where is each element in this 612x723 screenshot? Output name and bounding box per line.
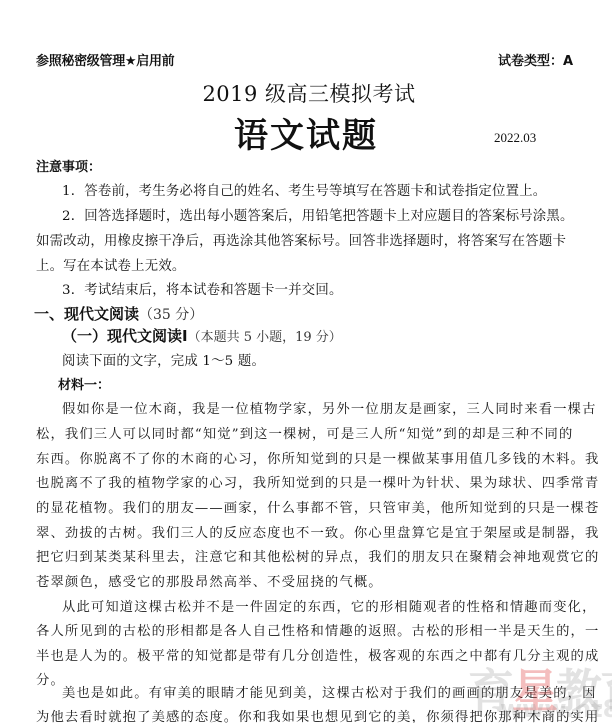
confidential-label: 参照秘密级管理★启用前 — [36, 50, 174, 69]
passage-line-7: 把它归到某类某科里去，注意它和其他松树的异点，我们的朋友只在聚精会神地观赏它的 — [36, 546, 599, 565]
section-heading-1-text: 一、现代文阅读 — [34, 305, 139, 323]
passage-line-8: 苍翠颜色，感受它的那股昂然高举、不受屈挠的气概。 — [36, 571, 383, 590]
passage-line-3: 东西。你脱离不了你的木商的心习，你所知觉到的只是一棵做某事用值几多钱的木料。我 — [36, 448, 599, 467]
passage-line-12: 分。 — [36, 669, 65, 688]
passage-line-9: 从此可知道这棵古松并不是一件固定的东西，它的形相随观者的性格和情趣而变化， — [62, 596, 597, 615]
passage-line-2: 松，我们三人可以同时都“知觉”到这一棵树，可是三人所“知觉”到的却是三种不同的 — [36, 423, 573, 442]
material-label: 材料一： — [58, 374, 110, 393]
notice-line-5: 3．考试结束后，将本试卷和答题卡一并交回。 — [62, 279, 343, 298]
section-heading-1-1-points: （本题共 5 小题，19 分） — [188, 330, 342, 345]
section-heading-1-points: （35 分） — [139, 307, 203, 323]
section-heading-1-1-text: （一）现代文阅读Ⅰ — [62, 327, 188, 345]
exam-date: 2022.03 — [494, 130, 536, 146]
notice-line-4: 上。写在本试卷上无效。 — [36, 255, 186, 274]
section-heading-1: 一、现代文阅读（35 分） — [34, 303, 203, 324]
notice-line-3: 如需改动，用橡皮擦干净后，再选涂其他答案标号。回答非选择题时，将答案写在答题卡 — [36, 230, 566, 249]
section-heading-1-1: （一）现代文阅读Ⅰ（本题共 5 小题，19 分） — [62, 325, 342, 346]
passage-line-14: 为他去看时就抱了美感的态度。你和我如果也想见到它的美，你须得把你那种木商的实用 — [36, 706, 599, 723]
passage-line-4: 也脱离不了我的植物学家的心习，我所知觉到的只是一棵叶为针状、果为球状、四季常青 — [36, 472, 599, 491]
passage-line-10: 各人所见到的古松的形相都是各人自己性格和情趣的返照。古松的形相一半是天生的，一 — [36, 620, 599, 639]
notice-line-2: 2．回答选择题时，选出每小题答案后，用铅笔把答题卡上对应题目的答案标号涂黑。 — [62, 205, 574, 224]
notice-title: 注意事项： — [36, 156, 101, 175]
reading-instruction: 阅读下面的文字，完成 1～5 题。 — [62, 350, 265, 369]
passage-line-6: 翠、劲拔的古树。我们三人的反应态度也不一致。你心里盘算它是宜于架屋或是制器，我 — [36, 522, 599, 541]
passage-line-13: 美也是如此。有审美的眼睛才能见到美，这棵古松对于我们的画画的朋友是美的，因 — [62, 682, 597, 701]
notice-line-1: 1．答卷前，考生务必将自己的姓名、考生号等填写在答题卡和试卷指定位置上。 — [62, 180, 546, 199]
paper-type-label: 试卷类型：A — [498, 50, 573, 69]
exam-subtitle: 2019 级高三模拟考试 — [0, 78, 612, 108]
passage-line-5: 的显花植物。我们的朋友——画家，什么事都不管，只管审美，他所知觉到的只是一棵苍 — [36, 497, 599, 516]
passage-line-11: 半也是人为的。极平常的知觉都是带有几分创造性，极客观的东西之中都有几分主观的成 — [36, 645, 599, 664]
passage-line-1: 假如你是一位木商，我是一位植物学家，另外一位朋友是画家，三人同时来看一棵古 — [62, 398, 597, 417]
